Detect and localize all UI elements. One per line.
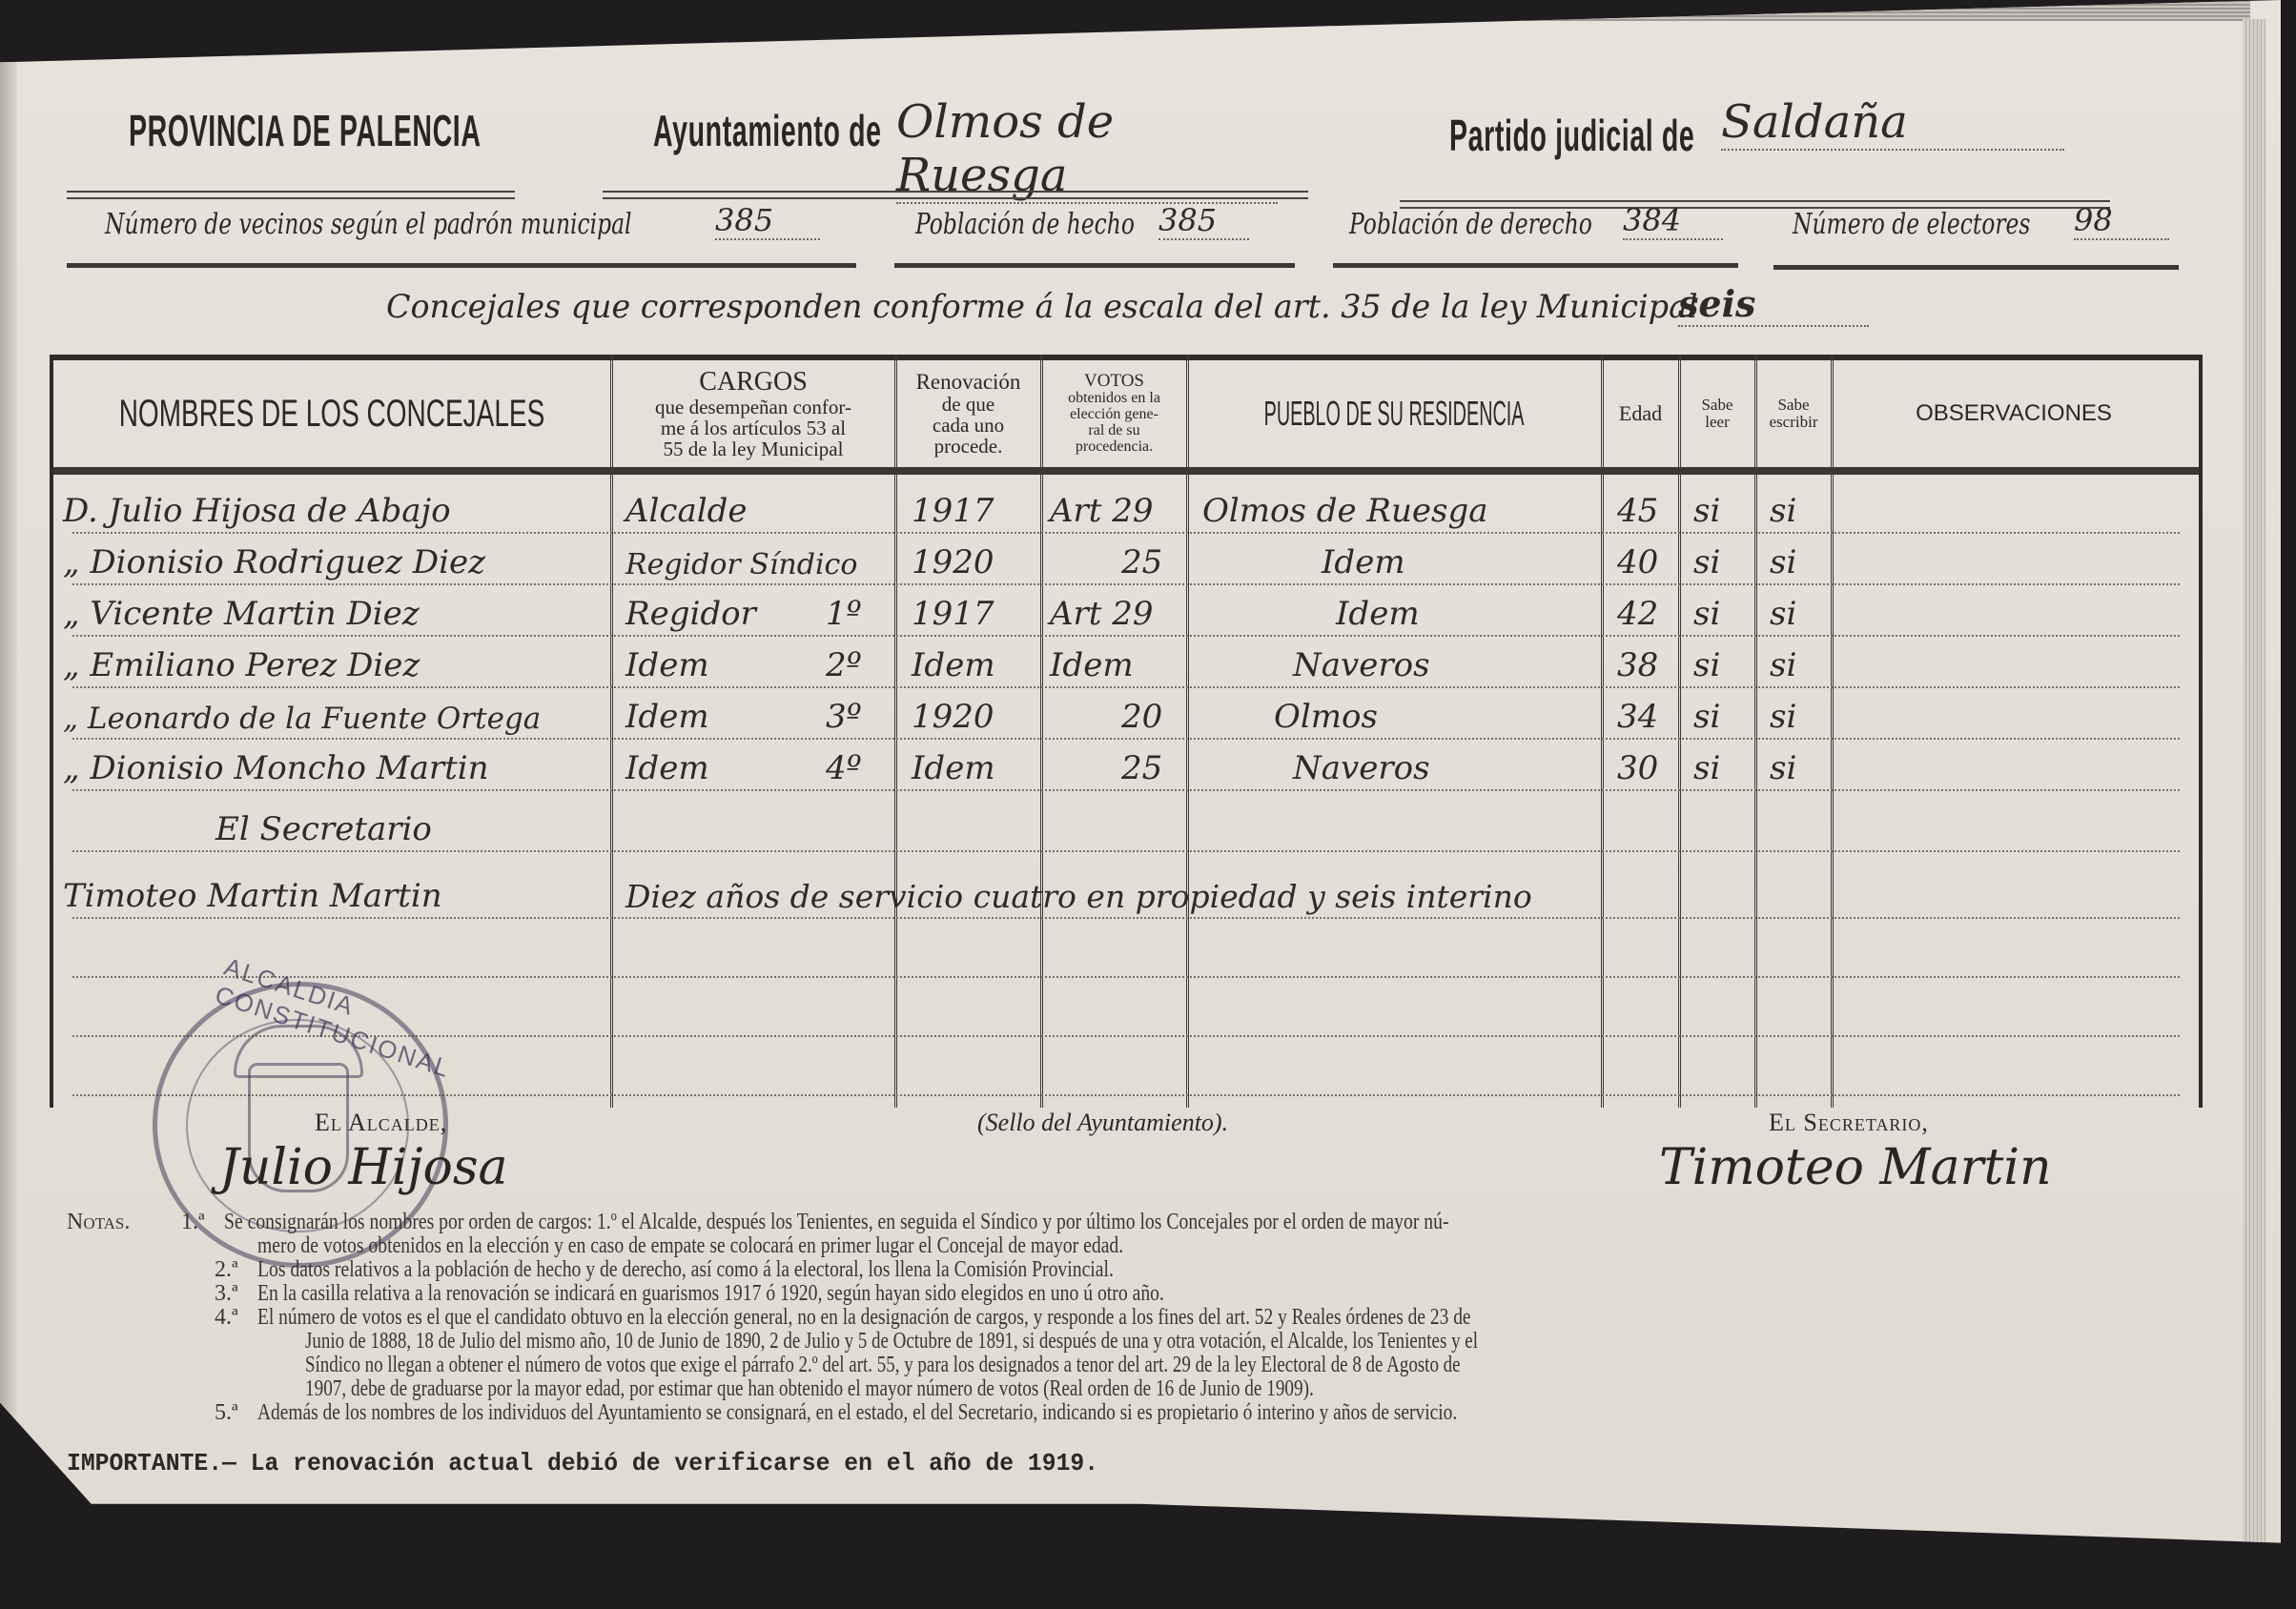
cell-sabe-escribir: si <box>1770 698 1796 736</box>
cell-cargo-num: 3º <box>826 698 862 736</box>
cell-sabe-escribir: si <box>1770 595 1796 633</box>
cell-pueblo: Naveros <box>1293 749 1430 787</box>
cell-edad: 42 <box>1617 595 1658 633</box>
cell-nombre: „ Dionisio Rodriguez Diez <box>63 543 485 581</box>
alcalde-label: El Alcalde, <box>315 1109 447 1137</box>
page-stack-edge <box>2243 19 2265 1563</box>
ayuntamiento-value: Olmos de Ruesga <box>896 95 1278 204</box>
cell-votos: Art 29 <box>1050 492 1154 530</box>
cell-sabe-escribir: si <box>1770 492 1796 530</box>
header-subtext: ral de su <box>1088 423 1139 439</box>
cell-renovacion: Idem <box>912 646 995 684</box>
divider <box>1773 265 2179 270</box>
partido-label: Partido judicial de <box>1449 110 1694 161</box>
cell-votos: Idem <box>1050 646 1134 684</box>
cell-sabe-escribir: si <box>1770 543 1796 581</box>
column-header-cargos: CARGOS que desempeñan confor- me á los a… <box>612 360 894 467</box>
note-number: 1.ª <box>181 1211 205 1234</box>
cell-sabe-escribir: si <box>1770 749 1796 787</box>
cell-nombre: „ Dionisio Moncho Martin <box>63 749 489 787</box>
province-title: PROVINCIA DE PALENCIA <box>129 105 482 156</box>
header-subtext: procede. <box>934 436 1003 457</box>
cell-secretario-heading: El Secretario <box>215 810 432 848</box>
cell-cargo: Idem <box>625 698 709 736</box>
table-row-secretario-heading: El Secretario <box>53 784 2199 852</box>
header-text: CARGOS <box>699 368 808 396</box>
table-row-secretario: Timoteo Martin Martin Diez años de servi… <box>53 852 2199 919</box>
header-subtext: escribir <box>1770 414 1818 431</box>
important-notice: IMPORTANTE.— La renovación actual debió … <box>67 1449 1098 1477</box>
note-number: 5.ª <box>215 1401 238 1425</box>
cell-cargo-num: 4º <box>826 749 862 787</box>
header-text: NOMBRES DE LOS CONCEJALES <box>119 394 545 434</box>
cell-edad: 34 <box>1617 698 1658 736</box>
ayuntamiento-label: Ayuntamiento de <box>653 105 882 156</box>
table-row-empty <box>53 919 2199 978</box>
column-header-pueblo: PUEBLO DE SU RESIDENCIA <box>1188 360 1601 467</box>
header-text: Renovación <box>916 371 1021 394</box>
notes-label: Notas. <box>67 1211 130 1234</box>
header-subtext: me á los artículos 53 al <box>661 418 846 438</box>
cell-edad: 40 <box>1617 543 1658 581</box>
cell-pueblo: Idem <box>1336 595 1420 633</box>
cell-votos: 25 <box>1121 543 1162 581</box>
cell-edad: 38 <box>1617 646 1658 684</box>
header-subtext: leer <box>1705 414 1729 431</box>
header-subtext: cada uno <box>933 415 1004 436</box>
cell-pueblo: Olmos <box>1274 698 1378 736</box>
concejales-table: NOMBRES DE LOS CONCEJALES CARGOS que des… <box>50 355 2203 1108</box>
note-text: Se consignarán los nombres por orden de … <box>224 1211 1449 1234</box>
electores-value: 98 <box>2074 202 2169 240</box>
table-row: „ Dionisio Moncho Martin Idem 4º Idem 25… <box>53 732 2199 791</box>
important-label: IMPORTANTE. <box>67 1449 222 1477</box>
page-edge-top <box>0 0 2250 21</box>
header-subtext: 55 de la ley Municipal <box>664 438 844 459</box>
header-text: PUEBLO DE SU RESIDENCIA <box>1264 396 1525 432</box>
column-header-renovacion: Renovación de que cada uno procede. <box>896 360 1040 467</box>
divider <box>894 263 1295 268</box>
cell-sabe-leer: si <box>1693 749 1720 787</box>
note-text: 1907, debe de graduarse por la mayor eda… <box>305 1377 1314 1401</box>
hecho-label: Población de hecho <box>915 208 1135 241</box>
table-row: D. Julio Hijosa de Abajo Alcalde 1917 Ar… <box>53 475 2199 534</box>
secretario-label: El Secretario, <box>1769 1109 1929 1137</box>
table-row: „ Emiliano Perez Diez Idem 2º Idem Idem … <box>53 629 2199 688</box>
cell-edad: 30 <box>1617 749 1658 787</box>
column-header-votos: VOTOS obtenidos en la elección gene- ral… <box>1042 360 1186 467</box>
cell-nombre: „ Leonardo de la Fuente Ortega <box>63 702 541 736</box>
cell-secretario-detalle: Diez años de servicio cuatro en propieda… <box>625 878 1532 915</box>
header-subtext: que desempeñan confor- <box>655 397 851 418</box>
header-text: Sabe <box>1701 397 1732 414</box>
hecho-value: 385 <box>1158 202 1249 240</box>
cell-votos: Art 29 <box>1050 595 1154 633</box>
table-row: „ Dionisio Rodriguez Diez Regidor Síndic… <box>53 526 2199 585</box>
secretario-signature: Timoteo Martin <box>1659 1139 2052 1196</box>
note-number: 3.ª <box>215 1282 238 1306</box>
note-text: mero de votos obtenidos en la elección y… <box>257 1234 1123 1258</box>
document-page: PROVINCIA DE PALENCIA Ayuntamiento de Ol… <box>0 0 2281 1558</box>
cell-pueblo: Naveros <box>1293 646 1430 684</box>
cell-renovacion: 1917 <box>912 595 994 633</box>
cell-nombre: D. Julio Hijosa de Abajo <box>63 492 451 530</box>
vecinos-value: 385 <box>715 202 820 240</box>
table-row: „ Leonardo de la Fuente Ortega Idem 3º 1… <box>53 681 2199 740</box>
header-text: Edad <box>1619 402 1662 424</box>
note-text: En la casilla relativa a la renovación s… <box>257 1282 1164 1306</box>
note-number: 4.ª <box>215 1306 238 1330</box>
column-header-nombres: NOMBRES DE LOS CONCEJALES <box>53 360 610 467</box>
cell-renovacion: 1917 <box>912 492 994 530</box>
note-number: 2.ª <box>215 1258 238 1282</box>
cell-sabe-leer: si <box>1693 646 1720 684</box>
note-text: Además de los nombres de los individuos … <box>257 1401 1457 1425</box>
column-header-observaciones: OBSERVACIONES <box>1833 360 2195 467</box>
partido-value: Saldaña <box>1721 95 2064 151</box>
divider <box>67 263 856 268</box>
table-row: „ Vicente Martin Diez Regidor 1º 1917 Ar… <box>53 578 2199 637</box>
note-text: El número de votos es el que el candidat… <box>257 1306 1471 1330</box>
cell-cargo: Regidor Síndico <box>625 548 857 581</box>
column-header-edad: Edad <box>1603 360 1678 467</box>
cell-edad: 45 <box>1617 492 1658 530</box>
divider <box>1333 263 1738 268</box>
header-subtext: procedencia. <box>1076 439 1153 456</box>
cell-nombre: „ Vicente Martin Diez <box>63 595 420 633</box>
cell-nombre: Timoteo Martin Martin <box>63 877 442 915</box>
column-header-sabe-leer: Sabe leer <box>1680 360 1754 467</box>
cell-pueblo: Idem <box>1322 543 1405 581</box>
cell-cargo: Regidor <box>625 595 756 633</box>
cell-votos: 20 <box>1121 698 1162 736</box>
cell-votos: 25 <box>1121 749 1162 787</box>
cell-sabe-leer: si <box>1693 492 1720 530</box>
cell-renovacion: 1920 <box>912 543 994 581</box>
sello-label: (Sello del Ayuntamiento). <box>977 1109 1228 1137</box>
cell-sabe-leer: si <box>1693 595 1720 633</box>
binding-gutter <box>0 0 17 1430</box>
concejales-label: Concejales que corresponden conforme á l… <box>386 288 1698 326</box>
alcalde-signature: Julio Hijosa <box>219 1139 508 1196</box>
note-text: Junio de 1888, 18 de Julio del mismo año… <box>305 1330 1478 1354</box>
header-text: VOTOS <box>1084 372 1144 391</box>
concejales-value: seis <box>1678 282 1869 327</box>
note-text: Síndico no llegan a obtener el número de… <box>305 1354 1461 1377</box>
note-text: Los datos relativos a la población de he… <box>257 1258 1114 1282</box>
header-separator <box>53 467 2199 475</box>
cell-cargo-num: 2º <box>826 646 862 684</box>
cell-cargo: Alcalde <box>625 492 748 530</box>
cell-renovacion: 1920 <box>912 698 994 736</box>
cell-renovacion: Idem <box>912 749 995 787</box>
header-text: OBSERVACIONES <box>1916 401 2112 425</box>
cell-sabe-leer: si <box>1693 698 1720 736</box>
derecho-label: Población de derecho <box>1349 208 1592 241</box>
header-subtext: obtenidos en la <box>1068 391 1160 407</box>
cell-cargo: Idem <box>625 646 709 684</box>
cell-nombre: „ Emiliano Perez Diez <box>63 646 420 684</box>
cell-sabe-leer: si <box>1693 543 1720 581</box>
header-subtext: elección gene- <box>1070 407 1158 423</box>
cell-cargo: Idem <box>625 749 709 787</box>
cell-pueblo: Olmos de Ruesga <box>1202 492 1488 530</box>
cell-sabe-escribir: si <box>1770 646 1796 684</box>
cell-cargo-num: 1º <box>826 595 862 633</box>
header-text: Sabe <box>1777 397 1809 414</box>
divider <box>603 191 1308 199</box>
vecinos-label: Número de vecinos según el padrón munici… <box>105 208 632 241</box>
derecho-value: 384 <box>1623 202 1723 240</box>
divider <box>67 191 515 199</box>
electores-label: Número de electores <box>1793 208 2030 241</box>
header-subtext: de que <box>942 394 994 415</box>
column-header-sabe-escribir: Sabe escribir <box>1756 360 1831 467</box>
important-text: — La renovación actual debió de verifica… <box>222 1449 1098 1477</box>
